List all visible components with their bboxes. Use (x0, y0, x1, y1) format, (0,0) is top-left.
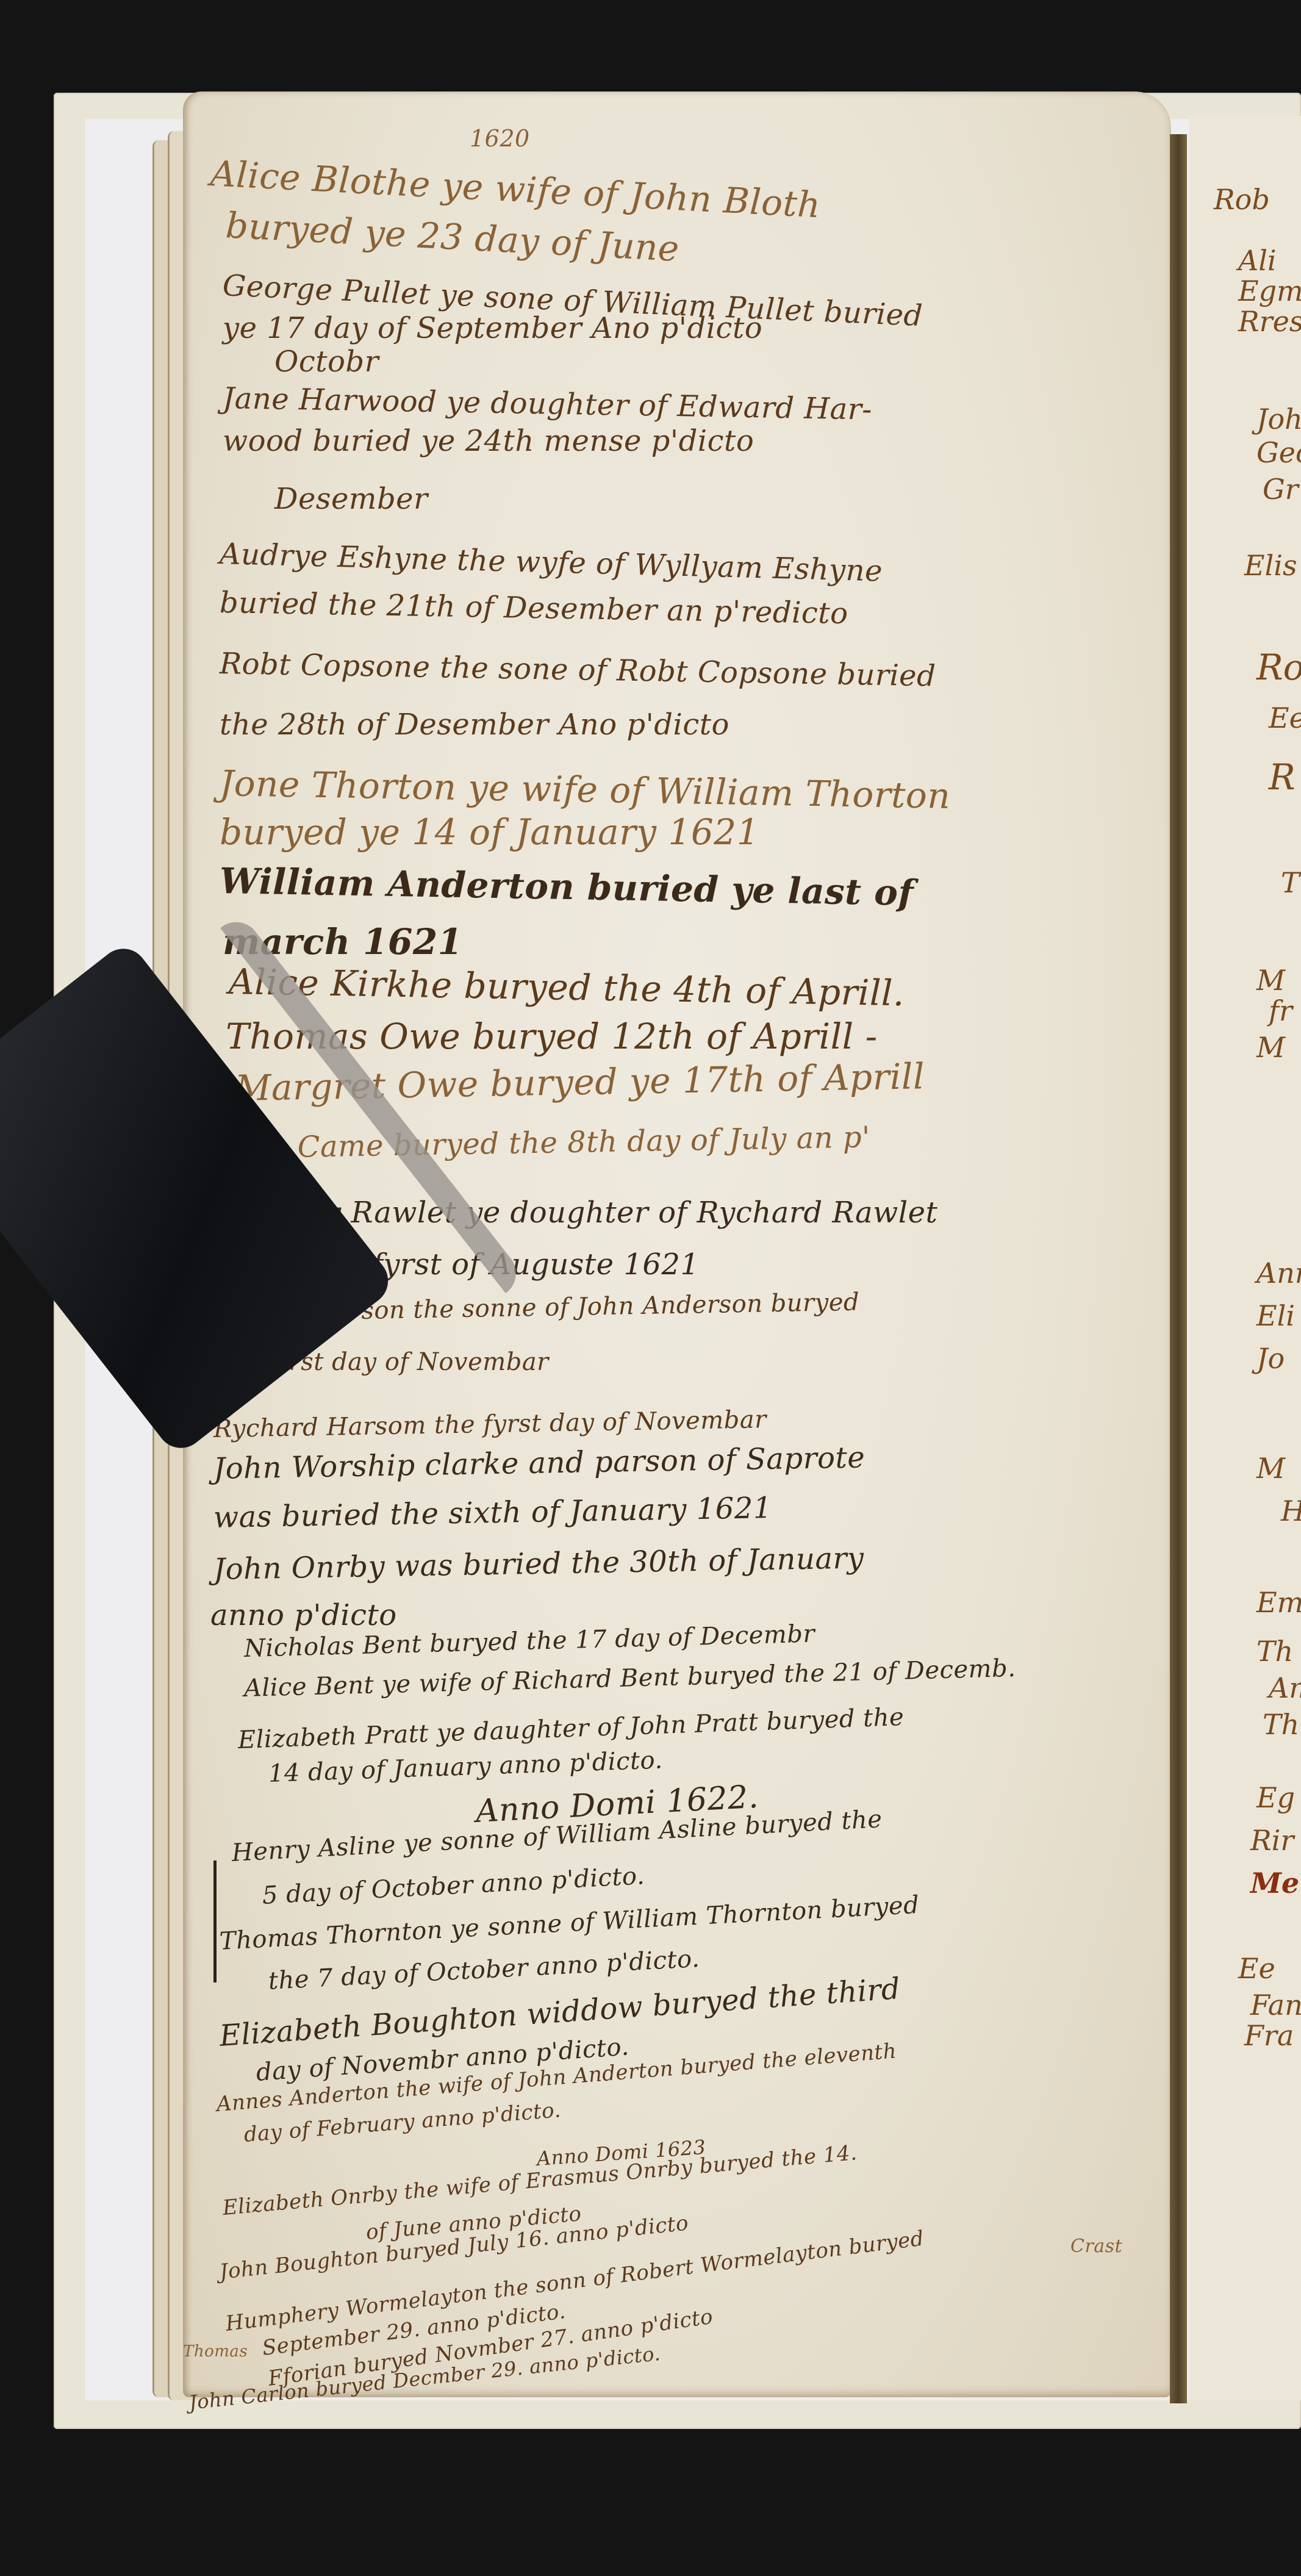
facing-fragment: Joh (1256, 403, 1301, 436)
facing-fragment: Th (1263, 1708, 1299, 1741)
facing-fragment: fr (1269, 994, 1292, 1027)
facing-fragment: R (1269, 756, 1296, 798)
facing-fragment: Em (1256, 1586, 1301, 1619)
facing-fragment: Gr (1263, 473, 1299, 506)
facing-fragment: Geo (1256, 436, 1301, 469)
facing-fragment: Fan (1250, 1989, 1301, 2022)
folio-year-heading: 1620 (470, 125, 530, 152)
facing-fragment: Am (1269, 1671, 1301, 1704)
facing-fragment: Me (1250, 1867, 1299, 1900)
facing-fragment: Rir (1250, 1824, 1294, 1857)
facing-fragment: Ann (1256, 1257, 1301, 1290)
facing-fragment: Elis (1244, 549, 1297, 582)
facing-fragment: Ee (1238, 1952, 1275, 1985)
entry-line: wood buried ye 24th mense p'dicto (223, 424, 754, 458)
facing-fragment: Th (1256, 1635, 1293, 1668)
facing-fragment: Rob (1214, 183, 1270, 216)
facing-fragment: Ro (1256, 647, 1301, 688)
facing-fragment: Ali (1238, 244, 1277, 277)
entry-line: the 28th of Desember Ano p'dicto (220, 708, 729, 742)
facing-fragment: Egm (1238, 274, 1301, 307)
facing-fragment: Ee (1269, 701, 1301, 734)
facing-fragment: M (1256, 1452, 1285, 1485)
entry-line: buryed ye 14 of January 1621 (220, 811, 759, 853)
facing-fragment: H (1281, 1494, 1301, 1527)
book-gutter (1170, 134, 1187, 2403)
facing-fragment: Eg (1256, 1781, 1295, 1814)
facing-fragment: Eli (1256, 1299, 1295, 1332)
margin-bracket (213, 1860, 217, 1982)
entry-line: Octobr (274, 345, 379, 379)
entry-line: Desember (274, 482, 428, 516)
facing-fragment: M (1256, 1031, 1285, 1064)
facing-fragment: Fra (1244, 2019, 1294, 2052)
facing-fragment: M (1256, 964, 1285, 997)
entry-line: anno p'dicto (210, 1598, 397, 1632)
facing-fragment: Jo (1256, 1342, 1285, 1375)
margin-note: Thomas (183, 2342, 248, 2361)
facing-fragment: Rres (1238, 305, 1301, 338)
facing-fragment: T (1281, 866, 1300, 899)
margin-note: Crast (1070, 2236, 1122, 2257)
entry-line: ye 17 day of September Ano p'dicto (223, 311, 762, 345)
